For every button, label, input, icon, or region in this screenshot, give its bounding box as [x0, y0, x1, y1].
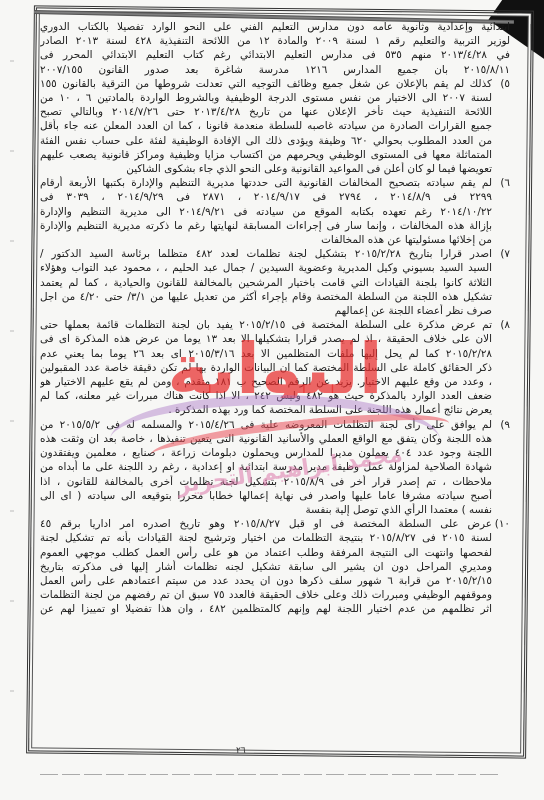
text-line: ، وعدد من وقع عليهم الاختيار. يزيد عن ال… — [40, 375, 492, 389]
text-line: لم يقم سيادته بتصحيح المخالفات القانونية… — [40, 176, 492, 190]
scan-margin-specks — [10, 20, 14, 780]
text-line: اللجنة وجود عدد ٤٠٤ يعملون مديرا للمدارس… — [40, 446, 492, 460]
paragraph-number: ٩) — [500, 418, 510, 432]
text-line: وموقفهم الوظيفي ومبررات ذلك وعلى خلاف ال… — [40, 588, 492, 602]
paragraph-number: ٥) — [500, 77, 510, 91]
text-line: ٢٠١٤/١٠/٢٢ رغم تعهده بكتابه الموقع من سي… — [40, 205, 492, 219]
page-number: ٢٦ — [236, 746, 246, 756]
text-line: المتماثلة معها فى المستوى الوظيفي ويحرمه… — [40, 148, 492, 162]
text-line: السيد السيد بسيوني وكيل المديرية وعضوية … — [40, 261, 492, 275]
text-line: كذلك لم يقم بالإعلان عن شغل جميع وظائف ا… — [40, 77, 492, 91]
paragraph-5: ٥) كذلك لم يقم بالإعلان عن شغل جميع وظائ… — [40, 77, 510, 176]
text-line: ٢٢٩٩ فى ٢٠١٤/٨/٩ ، ٢٧٩٤ فى ٢٠١٤/٩/١٧ ، ٢… — [40, 190, 492, 204]
text-line: اثر تظلمهم من عدم اختيار اللجنة لهم وإنه… — [40, 602, 492, 616]
text-line: عرض على السلطة المختصة فى او قبل ٢٠١٥/٨/… — [40, 517, 492, 531]
text-line: اصدر قرارا بتاريخ ٢٠١٥/٢/٢٨ بتشكيل لجنة … — [40, 247, 492, 261]
text-line: لم يوافق على رأى لجنة التظلمات المعروضه … — [40, 418, 492, 432]
text-line: من إخلائها مسئوليتها عن هذه المخالفات — [40, 233, 492, 247]
text-line: ٢٠١٥/٢/١٥ من قرابة ٦ شهور سلف ذكرها دون … — [40, 574, 492, 588]
text-line: اللائحة التنفيذية حيث تأخر الإعلان عنها … — [40, 105, 492, 119]
paragraph-continuation: ابتدائية وإعدادية وثانوية عامه دون مدارس… — [40, 20, 510, 77]
text-line: ومديري المراحل دون ان يشير الى سابقة تشك… — [40, 560, 492, 574]
text-line: ذكر الحقائق كاملة على السلطة المختصة كما… — [40, 361, 492, 375]
text-line: من العدد المطلوب بحوالي ٦٢٠ وظيفة ويؤدى … — [40, 134, 492, 148]
text-line: جميع القرارات الصادرة من سيادته غاصبه لل… — [40, 119, 492, 133]
paragraph-7: ٧) اصدر قرارا بتاريخ ٢٠١٥/٢/٢٨ بتشكيل لج… — [40, 247, 510, 318]
text-line: في ٢٠١٣/٤/٢٨ منهم ٥٣٥ فى مدارس التعليم ا… — [40, 48, 510, 62]
paragraph-6: ٦) لم يقم سيادته بتصحيح المخالفات القانو… — [40, 176, 510, 247]
paragraph-number: ١٠) — [495, 517, 510, 531]
paragraph-number: ٧) — [500, 247, 510, 261]
text-line: ابتدائية وإعدادية وثانوية عامه دون مدارس… — [40, 20, 510, 34]
text-line: الان على خلاف الحقيقة ، اذ لم يصدر قرارا… — [40, 332, 492, 346]
document-body: ابتدائية وإعدادية وثانوية عامه دون مدارس… — [40, 20, 510, 740]
text-line: لفحصها وانتهت الى النتيجة المرفقة وطلب ا… — [40, 546, 492, 560]
text-line: صرف نظر أعضاء اللجنة عن إعمالهم — [40, 304, 492, 318]
text-line: شهادة الصلاحية لمزاولة عمل وظيفة مدير مد… — [40, 460, 492, 474]
text-line: لسنة ٢٠٠٧ الى الاختيار من نفس مستوى الدر… — [40, 91, 492, 105]
text-line: الثلاثة كانوا بلجنة القيادات التي قامت ب… — [40, 276, 492, 290]
text-line: ٢٠١٥/٢/٢٨ كما لم يحل إليها ملفات المتظلم… — [40, 347, 492, 361]
paragraph-8: ٨) تم عرض مذكرة على السلطة المختصة فى ٢٠… — [40, 318, 510, 417]
text-line: يعرض نتائج أعمال هذه اللجنة على السلطة ا… — [40, 403, 492, 417]
text-line: ضعف العدد الوارد بالمذكرة حيث هو ٤٨٢ ولي… — [40, 389, 492, 403]
paragraph-9: ٩) لم يوافق على رأى لجنة التظلمات المعرو… — [40, 418, 510, 517]
text-line: ملاحظات ، تم إصدر قرار أخر فى ٢٠١٥/٨/٩ ب… — [40, 475, 492, 489]
scan-bottom-rule — [40, 774, 500, 775]
paragraph-10: ١٠) عرض على السلطة المختصة فى او قبل ٢٠١… — [40, 517, 510, 616]
paragraph-number: ٦) — [500, 176, 510, 190]
text-line: تشكيل هذه اللجنة من السلطة المختصة وقام … — [40, 290, 492, 304]
text-line: تم عرض مذكرة على السلطة المختصة فى ٢٠١٥/… — [40, 318, 492, 332]
text-line: لسنة ٢٠١٥ فى ٢٠١٥/٨/٢٧ بنتيجة التظلمات م… — [40, 531, 492, 545]
text-line: أصبح سيادته مشرفا عاما عليها واصدر فى نه… — [40, 489, 492, 503]
text-line: لوزير التربية والتعليم رقم ١ لسنة ٢٠٠٩ و… — [40, 34, 510, 48]
text-line: تعويضها فيما لو كان أعلن فى المواعيد الق… — [40, 162, 492, 176]
text-line: نفسه ) معتمدا الرأي الذي توصل إلية بنفسة — [40, 503, 492, 517]
text-line: هذه اللجنة وكان يتفق مع الواقع العملي وا… — [40, 432, 492, 446]
text-line: ٢٠١٥/٨/١١ بان جميع المدارس ١٢١٦ مدرسة شا… — [40, 63, 510, 77]
paragraph-number: ٨) — [500, 318, 510, 332]
text-line: بإزالة هذه المخالفات ، وإنما سار فى إجرا… — [40, 219, 492, 233]
